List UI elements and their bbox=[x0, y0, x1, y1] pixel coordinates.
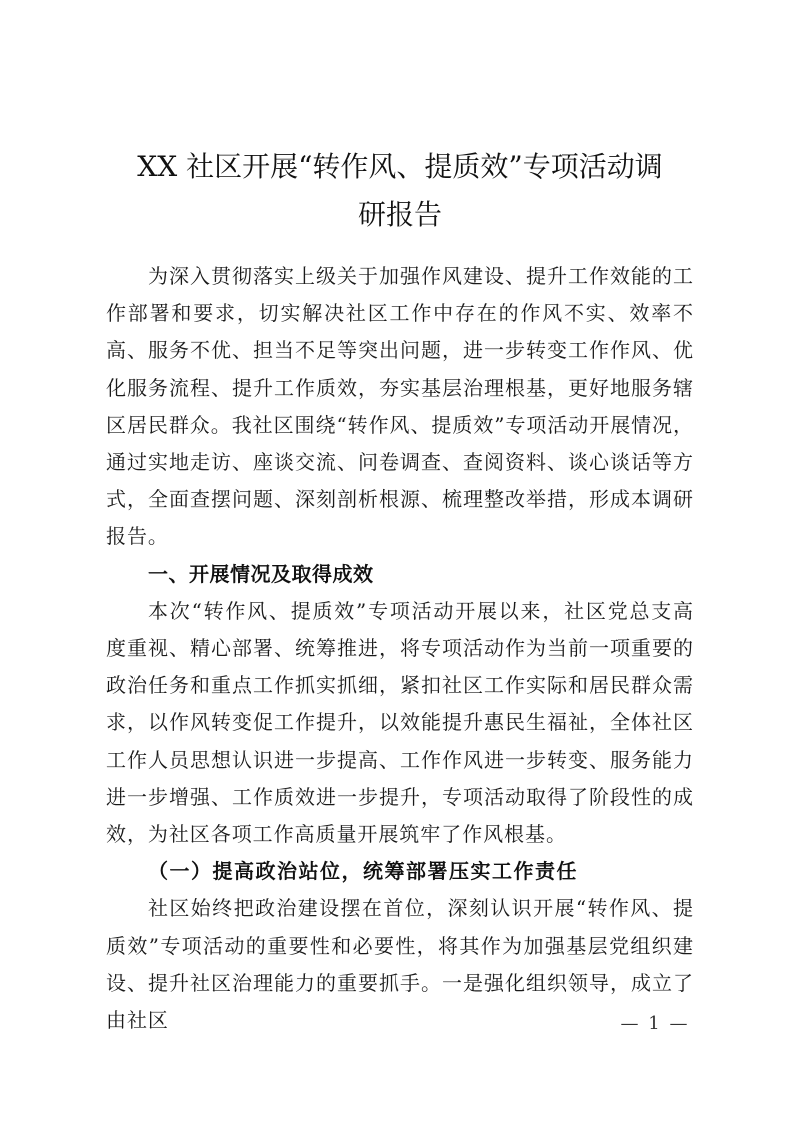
section-heading-1: 一、开展情况及取得成效 bbox=[106, 556, 694, 593]
document-page: XX 社区开展“转作风、提质效”专项活动调研报告 为深入贯彻落实上级关于加强作风… bbox=[0, 0, 793, 1122]
section-1-paragraph: 本次“转作风、提质效”专项活动开展以来，社区党总支高度重视、精心部署、统筹推进，… bbox=[106, 593, 694, 853]
document-body: 为深入贯彻落实上级关于加强作风建设、提升工作效能的工作部署和要求，切实解决社区工… bbox=[106, 258, 694, 1039]
intro-paragraph: 为深入贯彻落实上级关于加强作风建设、提升工作效能的工作部署和要求，切实解决社区工… bbox=[106, 258, 694, 556]
title-line-2: 研报告 bbox=[358, 198, 442, 231]
page-number: — 1 — bbox=[600, 1013, 710, 1034]
title-line-1: XX 社区开展“转作风、提质效”专项活动调 bbox=[137, 150, 662, 183]
subsection-heading-1: （一）提高政治站位，统筹部署压实工作责任 bbox=[106, 853, 694, 890]
document-title: XX 社区开展“转作风、提质效”专项活动调研报告 bbox=[100, 143, 700, 239]
